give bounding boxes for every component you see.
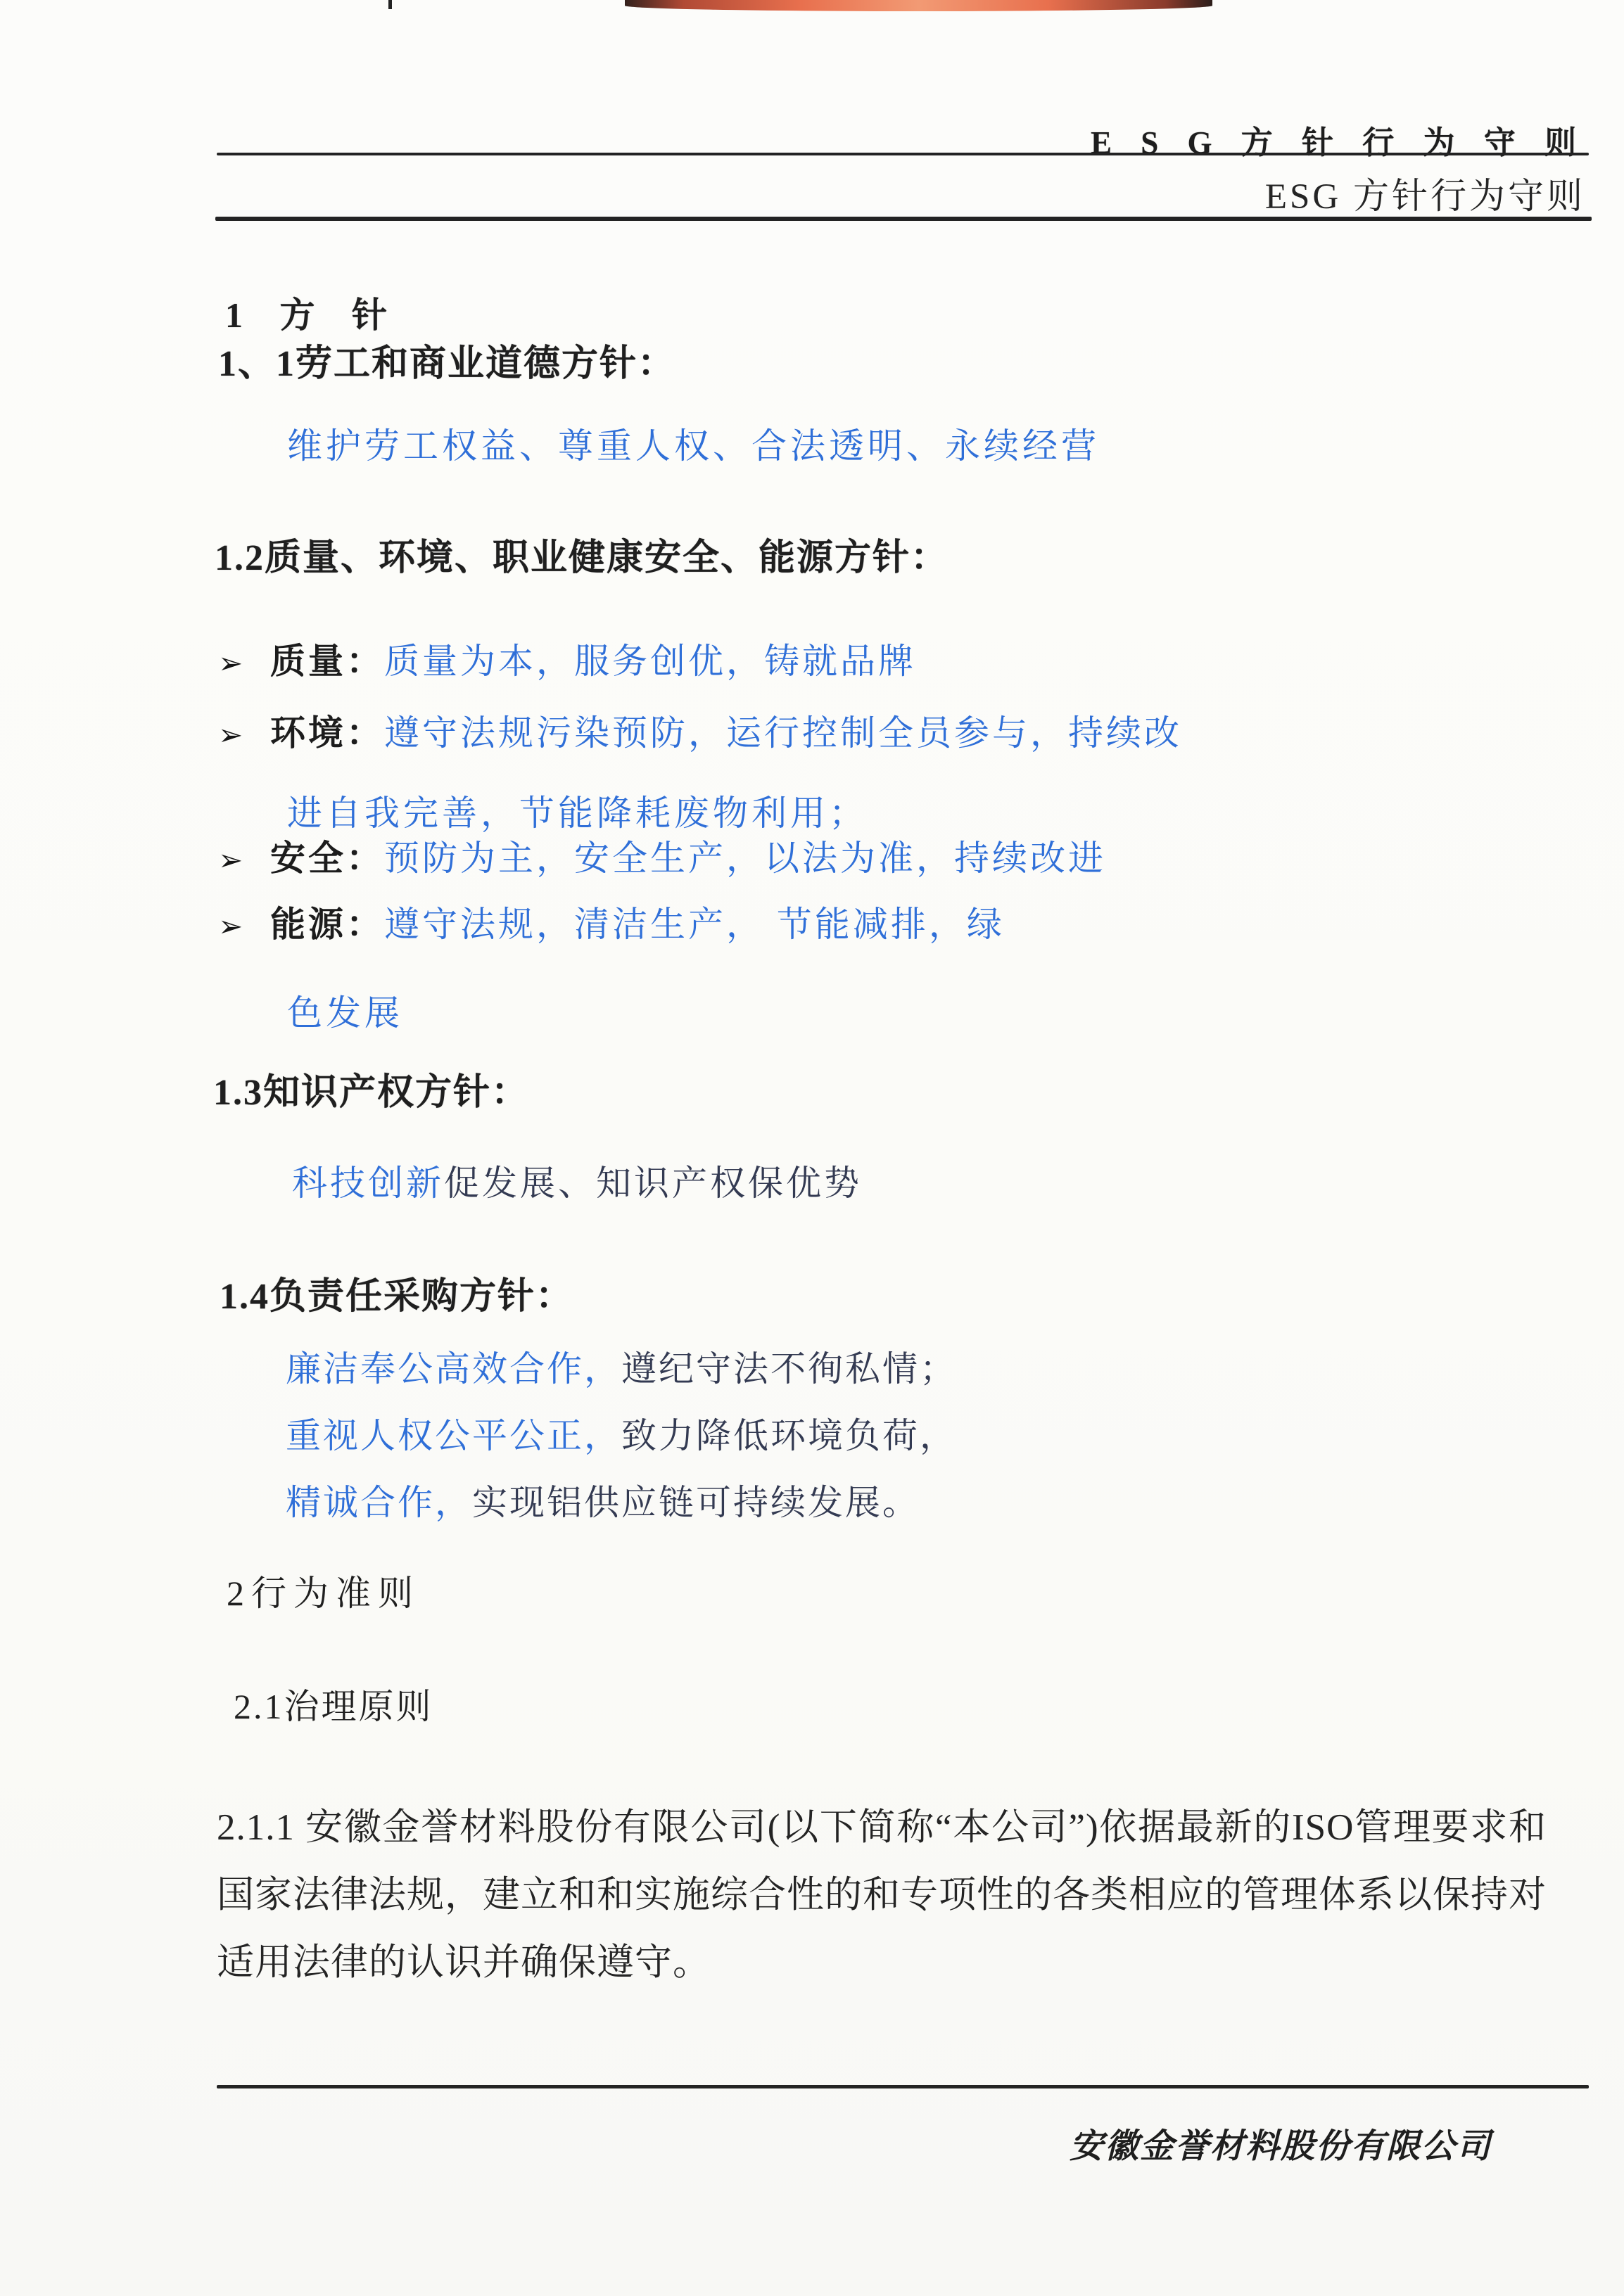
scan-artifact-tick [388, 0, 392, 9]
heading-1-1-labor-ethics: 1、1劳工和商业道德方针： [218, 333, 675, 386]
procurement-line3-seg2: 实现铝供应链可持续发展。 [472, 1483, 920, 1522]
arrow-bullet-icon: ➢ [218, 909, 270, 943]
header-rule-bottom [215, 217, 1592, 221]
arrow-bullet-icon: ➢ [218, 843, 270, 877]
policy-text-procurement-line3: 精诚合作，实现铝供应链可持续发展。 [286, 1474, 920, 1525]
header-title-outline: E S G 方 针 行 为 守 则 [1091, 117, 1587, 162]
arrow-bullet-icon: ➢ [218, 646, 270, 680]
procurement-line1-seg2: 遵纪守法不徇私情； [621, 1349, 957, 1389]
bullet-text-quality: 质量为本，服务创优，铸就品牌 [384, 642, 916, 681]
heading-1-2-qehs-energy: 1.2质量、环境、职业健康安全、能源方针： [215, 528, 949, 580]
bullet-text-environment: 遵守法规污染预防，运行控制全员参与，持续改 [384, 713, 1182, 753]
policy-text-labor-ethics: 维护劳工权益、尊重人权、合法透明、永续经营 [287, 418, 1100, 468]
heading-1-3-ip: 1.3知识产权方针： [213, 1062, 529, 1115]
bullet-item-energy: ➢能源：遵守法规，清洁生产， 节能减排，绿 [218, 896, 1005, 947]
bullet-label-environment: 环境： [270, 713, 384, 753]
heading-2-code-of-conduct: 2行为准则 [227, 1565, 420, 1616]
footer-rule [217, 2085, 1589, 2088]
heading-2-1-governance: 2.1治理原则 [234, 1678, 433, 1729]
bullet-continuation-environment: 进自我完善，节能降耗废物利用； [287, 785, 868, 836]
procurement-line3-seg1: 精诚合作， [286, 1483, 472, 1522]
bullet-item-quality: ➢质量：质量为本，服务创优，铸就品牌 [218, 633, 916, 684]
bullet-continuation-energy: 色发展 [287, 985, 403, 1035]
scan-artifact-strip [625, 0, 1212, 11]
heading-1-policy: 1 方 针 [225, 287, 401, 338]
bullet-label-energy: 能源： [270, 905, 384, 944]
bullet-item-safety: ➢安全：预防为主，安全生产，以法为准，持续改进 [218, 830, 1106, 881]
procurement-line2-seg1: 重视人权公平公正， [286, 1416, 621, 1455]
bullet-text-energy: 遵守法规，清洁生产， 节能减排，绿 [384, 905, 1005, 944]
policy-text-ip-seg1: 科技创新 [292, 1163, 444, 1203]
policy-text-ip-seg2: 促发展、知识产权保优势 [444, 1163, 862, 1203]
paragraph-2-1-1: 2.1.1 安徽金誉材料股份有限公司(以下简称“本公司”)依据最新的ISO管理要… [217, 1794, 1547, 1996]
heading-1-4-procurement: 1.4负责任采购方针： [220, 1266, 573, 1319]
arrow-bullet-icon: ➢ [218, 717, 270, 752]
policy-text-ip: 科技创新促发展、知识产权保优势 [292, 1155, 862, 1206]
procurement-line1-seg1: 廉洁奉公高效合作， [286, 1349, 621, 1389]
scanned-document-page: E S G 方 针 行 为 守 则 ESG 方针行为守则 1 方 针 1、1劳工… [0, 0, 1624, 2296]
bullet-label-quality: 质量： [270, 642, 384, 681]
policy-text-procurement-line1: 廉洁奉公高效合作，遵纪守法不徇私情； [286, 1341, 957, 1391]
policy-text-procurement-line2: 重视人权公平公正，致力降低环境负荷， [286, 1408, 957, 1458]
header-rule-top [217, 153, 1589, 155]
footer-company-name: 安徽金誉材料股份有限公司 [1070, 2119, 1492, 2167]
bullet-item-environment: ➢环境：遵守法规污染预防，运行控制全员参与，持续改 [218, 705, 1182, 755]
bullet-label-safety: 安全： [270, 838, 384, 878]
bullet-text-safety: 预防为主，安全生产，以法为准，持续改进 [384, 838, 1106, 878]
procurement-line2-seg2: 致力降低环境负荷， [621, 1416, 957, 1455]
header-title: ESG 方针行为守则 [1265, 167, 1585, 219]
